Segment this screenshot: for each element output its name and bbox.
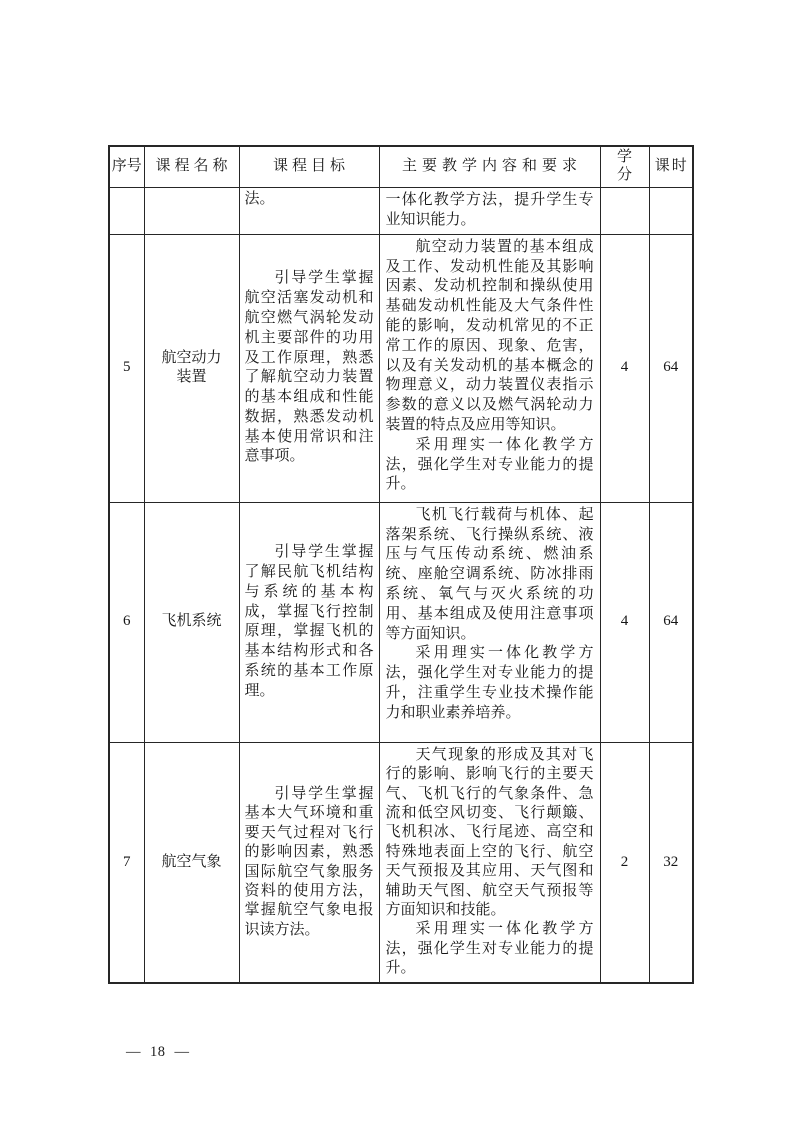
cell-hours: 64	[649, 234, 693, 502]
header-cell-course-name: 课程名称	[144, 146, 239, 187]
objective-paragraph: 引导学生掌握了解民航飞机结构与系统的基本构成，掌握飞行控制原理，掌握飞机的基本结…	[245, 543, 374, 701]
objective-paragraph: 引导学生掌握基本大气环境和重要天气过程对飞行的影响因素，熟悉国际航空气象服务资料…	[245, 785, 374, 940]
cell-main-content: 飞机飞行载荷与机体、起落架系统、飞行操纵系统、液压与气压传动系统、燃油系统、座舱…	[379, 502, 600, 742]
cell-course-name	[144, 187, 239, 234]
cell-hours: 64	[649, 502, 693, 742]
header-cell-seq: 序号	[109, 146, 144, 187]
cell-credits	[600, 187, 649, 234]
content-paragraph: 采用理实一体化教学方法，强化学生对专业能力的提升。	[386, 920, 594, 978]
content-paragraph: 采用理实一体化教学方法，强化学生对专业能力的提升，注重学生专业技术操作能力和职业…	[386, 644, 594, 723]
content-paragraph: 飞机飞行载荷与机体、起落架系统、飞行操纵系统、液压与气压传动系统、燃油系统、座舱…	[386, 506, 594, 645]
objective-paragraph: 法。	[245, 190, 374, 210]
cell-course-name: 航空动力装置	[144, 234, 239, 502]
cell-main-content: 一体化教学方法，提升学生专业知识能力。	[379, 187, 600, 234]
credits-header-label: 学分	[616, 148, 633, 184]
content-paragraph: 航空动力装置的基本组成及工作、发动机性能及其影响因素、发动机控制和操纵使用基础发…	[386, 238, 594, 436]
header-cell-hours: 课时	[649, 146, 693, 187]
table-row-course-7: 7 航空气象 引导学生掌握基本大气环境和重要天气过程对飞行的影响因素，熟悉国际航…	[109, 742, 693, 983]
header-cell-credits: 学分	[600, 146, 649, 187]
cell-credits: 2	[600, 742, 649, 983]
table-row-course-6: 6 飞机系统 引导学生掌握了解民航飞机结构与系统的基本构成，掌握飞行控制原理，掌…	[109, 502, 693, 742]
table-row-course-5: 5 航空动力装置 引导学生掌握航空活塞发动机和航空燃气涡轮发动机主要部件的功用及…	[109, 234, 693, 502]
cell-objective: 引导学生掌握航空活塞发动机和航空燃气涡轮发动机主要部件的功用及工作原理，熟悉了解…	[239, 234, 379, 502]
objective-paragraph: 引导学生掌握航空活塞发动机和航空燃气涡轮发动机主要部件的功用及工作原理，熟悉了解…	[245, 269, 374, 467]
content-paragraph: 天气现象的形成及其对飞行的影响、影响飞行的主要天气、飞机飞行的气象条件、急流和低…	[386, 746, 594, 921]
cell-objective: 法。	[239, 187, 379, 234]
cell-seq: 5	[109, 234, 144, 502]
cell-objective: 引导学生掌握基本大气环境和重要天气过程对飞行的影响因素，熟悉国际航空气象服务资料…	[239, 742, 379, 983]
cell-main-content: 天气现象的形成及其对飞行的影响、影响飞行的主要天气、飞机飞行的气象条件、急流和低…	[379, 742, 600, 983]
cell-objective: 引导学生掌握了解民航飞机结构与系统的基本构成，掌握飞行控制原理，掌握飞机的基本结…	[239, 502, 379, 742]
cell-seq: 6	[109, 502, 144, 742]
cell-course-name: 飞机系统	[144, 502, 239, 742]
header-cell-objective: 课程目标	[239, 146, 379, 187]
footer-dash-left: —	[126, 1044, 141, 1060]
footer-page-number: 18	[150, 1044, 166, 1060]
cell-seq: 7	[109, 742, 144, 983]
cell-credits: 4	[600, 234, 649, 502]
page-number: —18—	[126, 1044, 190, 1061]
cell-seq	[109, 187, 144, 234]
cell-hours	[649, 187, 693, 234]
content-paragraph: 一体化教学方法，提升学生专业知识能力。	[386, 191, 594, 231]
table-header-row: 序号 课程名称 课程目标 主要教学内容和要求 学分 课时	[109, 146, 693, 187]
cell-credits: 4	[600, 502, 649, 742]
table-row-continuation: 法。 一体化教学方法，提升学生专业知识能力。	[109, 187, 693, 234]
header-cell-main-content: 主要教学内容和要求	[379, 146, 600, 187]
content-paragraph: 采用理实一体化教学方法，强化学生对专业能力的提升。	[386, 436, 594, 495]
cell-hours: 32	[649, 742, 693, 983]
cell-main-content: 航空动力装置的基本组成及工作、发动机性能及其影响因素、发动机控制和操纵使用基础发…	[379, 234, 600, 502]
cell-course-name: 航空气象	[144, 742, 239, 983]
course-table: 序号 课程名称 课程目标 主要教学内容和要求 学分 课时 法。 一体化教学方法，…	[108, 145, 694, 984]
footer-dash-right: —	[175, 1044, 190, 1060]
